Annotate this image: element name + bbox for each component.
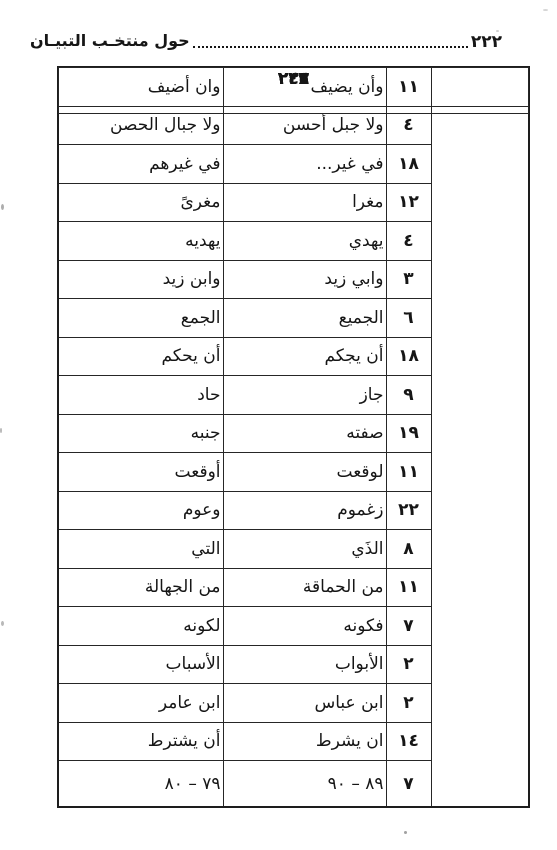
table-row: ٢٤٠٧فكونهلكونه <box>58 607 529 646</box>
correction-cell: يهديه <box>58 222 223 261</box>
scan-speck <box>496 30 499 32</box>
original-cell: أن يجكم <box>223 337 386 376</box>
original-cell: يهدي <box>223 222 386 261</box>
table-row: ٢٣٩٨الذَيالتي <box>58 530 529 569</box>
running-head: ٢٢٢ حول منتخـب التبيـان <box>30 28 502 52</box>
page-title: حول منتخـب التبيـان <box>30 30 190 52</box>
scan-speck <box>404 831 407 834</box>
table-row: ٢٣٤٣وابي زيدوابن زيد <box>58 260 529 299</box>
table-row: ٢٣٤٦الجميعالجمع <box>58 299 529 338</box>
table-row: ٢٣٤١٨أن يجكمأن يحكم <box>58 337 529 376</box>
correction-cell: أن يحكم <box>58 337 223 376</box>
correction-cell: حاد <box>58 376 223 415</box>
correction-cell: أن يشترط <box>58 722 223 761</box>
correction-cell: جنبه <box>58 414 223 453</box>
book-page: ٢٢٢ حول منتخـب التبيـان ٢٢٩١١وأن يضيفوان… <box>0 0 557 850</box>
table-row: ٢٣٩١١من الحماقةمن الجهالة <box>58 568 529 607</box>
table-row: ٢٣٣٤يهدييهديه <box>58 222 529 261</box>
correction-cell: أوقعت <box>58 453 223 492</box>
original-cell: فكونه <box>223 607 386 646</box>
line-cell: ٧ <box>386 761 431 808</box>
correction-cell: التي <box>58 530 223 569</box>
line-cell: ١٩ <box>386 414 431 453</box>
table-row: ٢٤٢٧٨٩ – ٩٠٧٩ – ٨٠ <box>58 761 529 808</box>
table-row: ٢٣٦١٩صفتهجنبه <box>58 414 529 453</box>
original-cell: في غير... <box>223 145 386 184</box>
line-cell: ٨ <box>386 530 431 569</box>
line-cell: ٧ <box>386 607 431 646</box>
original-cell: وابي زيد <box>223 260 386 299</box>
original-cell: جاز <box>223 376 386 415</box>
original-cell: ٨٩ – ٩٠ <box>223 761 386 808</box>
table-row: ٢٤١٢ابن عباسابن عامر <box>58 684 529 723</box>
line-cell: ١١ <box>386 453 431 492</box>
errata-table: ٢٢٩١١وأن يضيفوان أضيف٢٣٠٤ولا جبل أحسنولا… <box>57 66 530 808</box>
scan-speck <box>0 428 2 433</box>
correction-cell: مغرىً <box>58 183 223 222</box>
original-cell: من الحماقة <box>223 568 386 607</box>
errata-table-body: ٢٢٩١١وأن يضيفوان أضيف٢٣٠٤ولا جبل أحسنولا… <box>58 67 529 807</box>
line-cell: ١١ <box>386 568 431 607</box>
line-cell: ٢ <box>386 684 431 723</box>
line-cell: ٢ <box>386 645 431 684</box>
table-row: ٢٤١١٤ان يشرطأن يشترط <box>58 722 529 761</box>
page-cell: ٢٤٢ <box>58 67 529 114</box>
original-cell: الجميع <box>223 299 386 338</box>
correction-cell: ٧٩ – ٨٠ <box>58 761 223 808</box>
line-cell: ٢٢ <box>386 491 431 530</box>
line-cell: ٩ <box>386 376 431 415</box>
original-cell: مغرا <box>223 183 386 222</box>
line-cell: ٤ <box>386 222 431 261</box>
original-cell: ان يشرط <box>223 722 386 761</box>
correction-cell: من الجهالة <box>58 568 223 607</box>
table-row: ٢٣٥٩جازحاد <box>58 376 529 415</box>
correction-cell: وعوم <box>58 491 223 530</box>
table-row: ٢٤١٢الأبوابالأسباب <box>58 645 529 684</box>
correction-cell: لكونه <box>58 607 223 646</box>
original-cell: الذَي <box>223 530 386 569</box>
table-row: ٢٣٧١١لوقعتأوقعت <box>58 453 529 492</box>
original-cell: ابن عباس <box>223 684 386 723</box>
correction-cell: وابن زيد <box>58 260 223 299</box>
scan-speck <box>1 621 4 626</box>
scan-speck <box>543 9 548 11</box>
line-cell: ١٨ <box>386 337 431 376</box>
page-number: ٢٢٢ <box>471 32 502 52</box>
line-cell: ١٤ <box>386 722 431 761</box>
line-cell: ٣ <box>386 260 431 299</box>
correction-cell: الجمع <box>58 299 223 338</box>
original-cell: زغموم <box>223 491 386 530</box>
line-cell: ١٨ <box>386 145 431 184</box>
dot-leader <box>193 46 468 48</box>
line-cell: ٦ <box>386 299 431 338</box>
scan-speck <box>1 204 4 210</box>
line-cell: ١٢ <box>386 183 431 222</box>
table-row: ٢٣٠١٨في غير...في غيرهم <box>58 145 529 184</box>
table-row: ٢٣٢١٢مغرامغرىً <box>58 183 529 222</box>
original-cell: صفته <box>223 414 386 453</box>
original-cell: الأبواب <box>223 645 386 684</box>
original-cell: لوقعت <box>223 453 386 492</box>
correction-cell: ابن عامر <box>58 684 223 723</box>
correction-cell: في غيرهم <box>58 145 223 184</box>
table-row: ٢٣٨٢٢زغموموعوم <box>58 491 529 530</box>
correction-cell: الأسباب <box>58 645 223 684</box>
